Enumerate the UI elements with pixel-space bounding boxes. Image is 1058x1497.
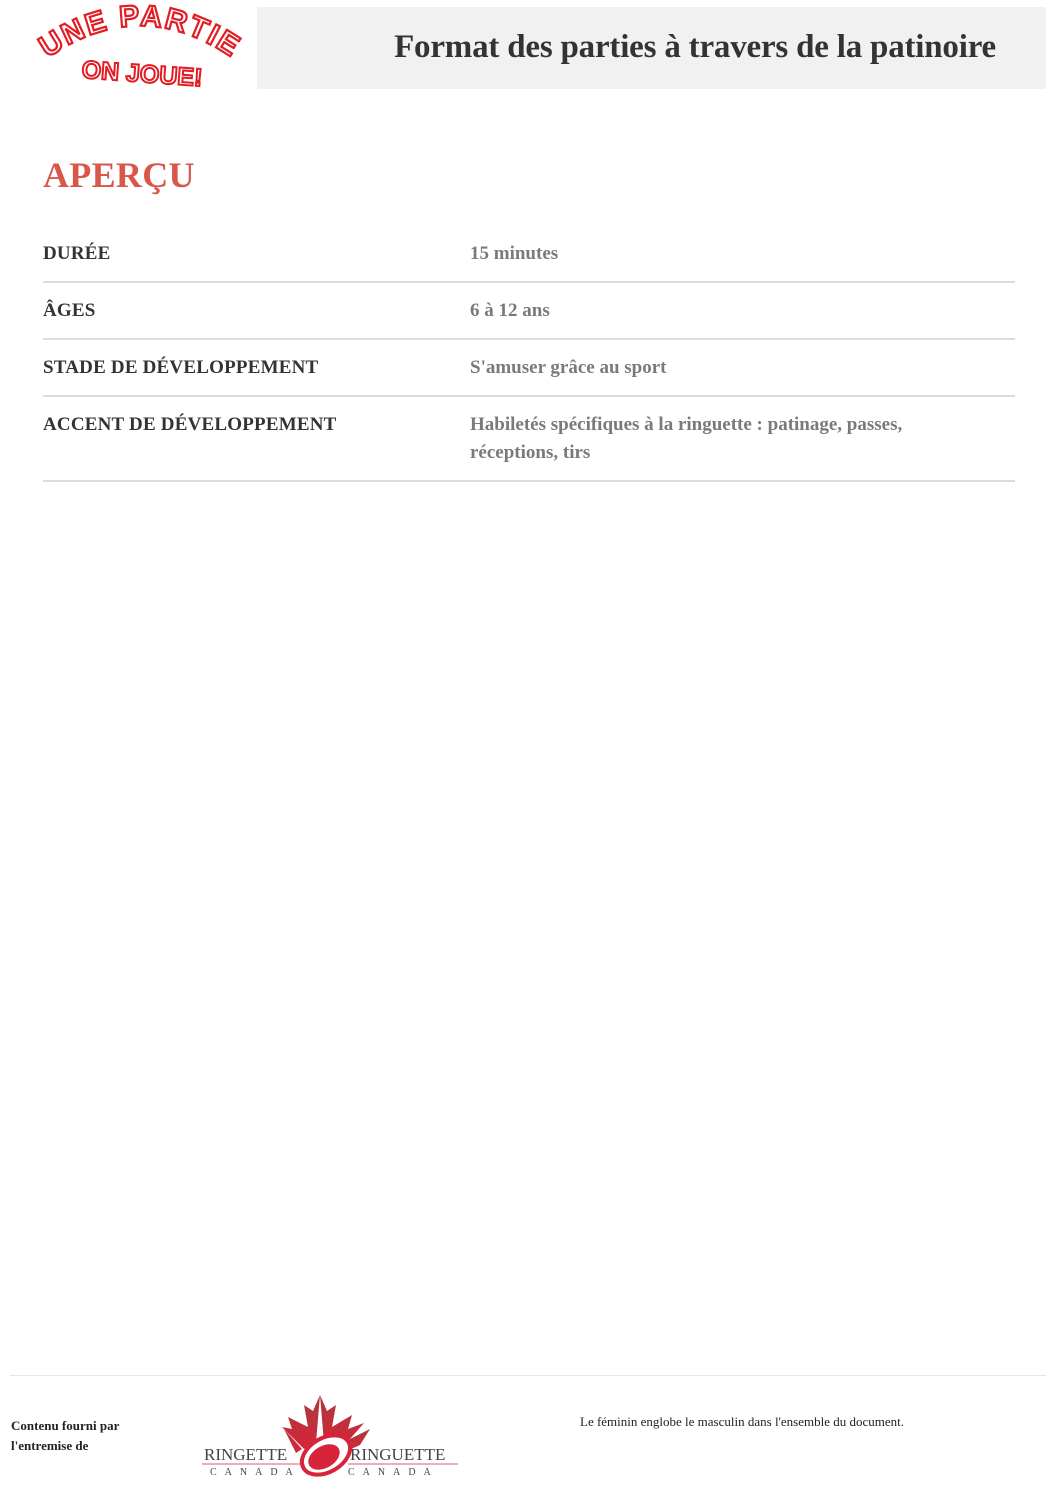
logo-icon: UNE PARTIE ON JOUE! xyxy=(30,0,250,95)
row-value-duration: 15 minutes xyxy=(470,226,1015,282)
table-row: ACCENT DE DÉVELOPPEMENT Habiletés spécif… xyxy=(43,396,1015,481)
row-value-ages: 6 à 12 ans xyxy=(470,282,1015,339)
svg-text:RINGETTE: RINGETTE xyxy=(204,1445,287,1464)
row-value-development-stage: S'amuser grâce au sport xyxy=(470,339,1015,396)
svg-text:CANADA: CANADA xyxy=(210,1467,301,1478)
page-title: Format des parties à travers de la patin… xyxy=(394,29,996,66)
svg-text:UNE PARTIE: UNE PARTIE xyxy=(33,0,246,64)
ringette-canada-logo: RINGETTE CANADA RINGUETTE CANADA xyxy=(200,1393,462,1483)
row-label-ages: ÂGES xyxy=(43,282,470,339)
row-label-duration: DURÉE xyxy=(43,226,470,282)
table-row: ÂGES 6 à 12 ans xyxy=(43,282,1015,339)
svg-text:ON JOUE!: ON JOUE! xyxy=(81,56,204,92)
header-banner: Format des parties à travers de la patin… xyxy=(257,7,1046,89)
row-label-development-focus: ACCENT DE DÉVELOPPEMENT xyxy=(43,396,470,481)
svg-text:CANADA: CANADA xyxy=(348,1467,439,1478)
footer-credit-text: Contenu fourni par l'entremise de xyxy=(11,1416,171,1456)
svg-text:RINGUETTE: RINGUETTE xyxy=(350,1445,445,1464)
row-label-development-stage: STADE DE DÉVELOPPEMENT xyxy=(43,339,470,396)
row-value-development-focus: Habiletés spécifiques à la ringuette : p… xyxy=(470,396,1015,481)
table-row: DURÉE 15 minutes xyxy=(43,226,1015,282)
table-row: STADE DE DÉVELOPPEMENT S'amuser grâce au… xyxy=(43,339,1015,396)
une-partie-on-joue-logo: UNE PARTIE ON JOUE! xyxy=(30,0,250,95)
footer-note: Le féminin englobe le masculin dans l'en… xyxy=(580,1414,904,1430)
ringette-canada-logo-icon: RINGETTE CANADA RINGUETTE CANADA xyxy=(200,1393,462,1483)
overview-table: DURÉE 15 minutes ÂGES 6 à 12 ans STADE D… xyxy=(43,226,1015,482)
footer-divider xyxy=(10,1375,1046,1376)
section-title-overview: APERÇU xyxy=(43,154,195,196)
